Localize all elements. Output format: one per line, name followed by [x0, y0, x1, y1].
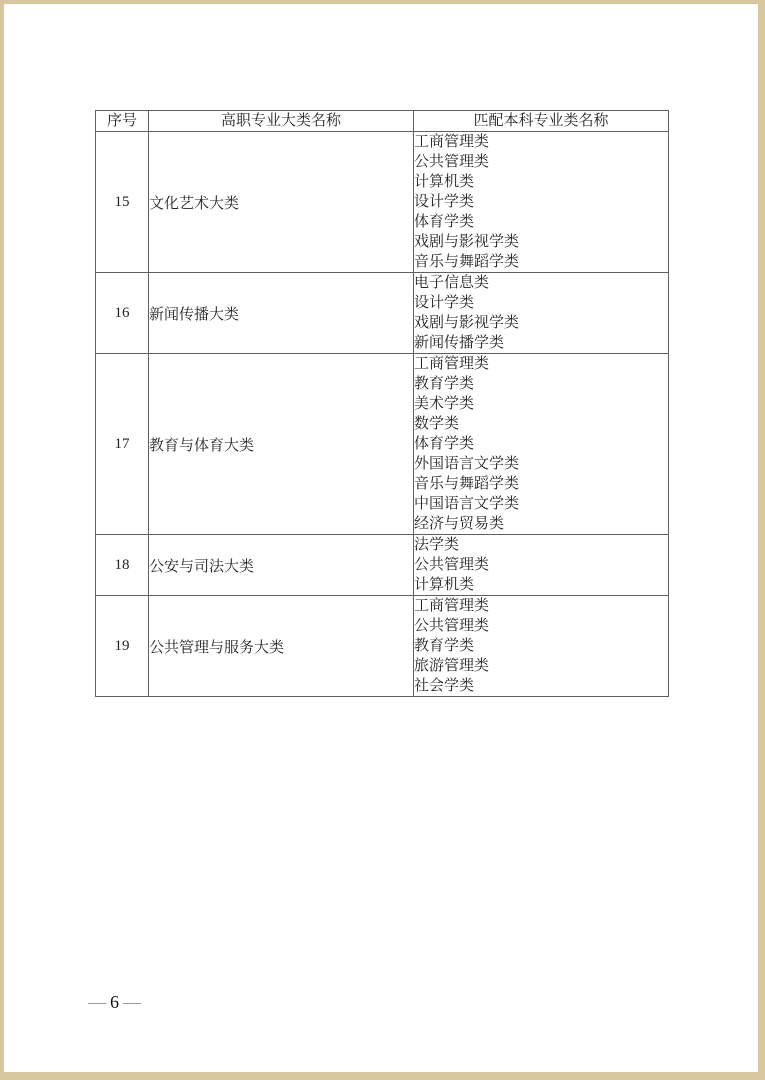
match-item: 经济与贸易类	[414, 514, 668, 534]
table-row: 17教育与体育大类工商管理类教育学类美术学类数学类体育学类外国语言文学类音乐与舞…	[96, 354, 669, 535]
match-item: 新闻传播学类	[414, 333, 668, 353]
undergrad-match-cell: 工商管理类公共管理类教育学类旅游管理类社会学类	[414, 596, 669, 697]
undergrad-match-cell: 工商管理类教育学类美术学类数学类体育学类外国语言文学类音乐与舞蹈学类中国语言文学…	[414, 354, 669, 535]
match-item: 工商管理类	[414, 354, 668, 374]
footer-page-number: 6	[110, 992, 119, 1013]
match-item: 公共管理类	[414, 616, 668, 636]
match-item: 音乐与舞蹈学类	[414, 252, 668, 272]
match-item: 体育学类	[414, 434, 668, 454]
match-item: 电子信息类	[414, 273, 668, 293]
table-row: 15文化艺术大类工商管理类公共管理类计算机类设计学类体育学类戏剧与影视学类音乐与…	[96, 132, 669, 273]
match-item: 社会学类	[414, 676, 668, 696]
column-header-vocational-category: 高职专业大类名称	[149, 111, 414, 132]
table-row: 18公安与司法大类法学类公共管理类计算机类	[96, 535, 669, 596]
match-item: 戏剧与影视学类	[414, 313, 668, 333]
match-item: 计算机类	[414, 172, 668, 192]
table-body: 15文化艺术大类工商管理类公共管理类计算机类设计学类体育学类戏剧与影视学类音乐与…	[96, 132, 669, 697]
undergrad-match-cell: 工商管理类公共管理类计算机类设计学类体育学类戏剧与影视学类音乐与舞蹈学类	[414, 132, 669, 273]
vocational-category-cell: 新闻传播大类	[149, 273, 414, 354]
undergrad-match-cell: 法学类公共管理类计算机类	[414, 535, 669, 596]
document-page: 序号 高职专业大类名称 匹配本科专业类名称 15文化艺术大类工商管理类公共管理类…	[4, 4, 758, 1072]
match-item: 数学类	[414, 414, 668, 434]
row-index-cell: 15	[96, 132, 149, 273]
match-item: 计算机类	[414, 575, 668, 595]
row-index-cell: 19	[96, 596, 149, 697]
match-item: 公共管理类	[414, 555, 668, 575]
match-item: 公共管理类	[414, 152, 668, 172]
footer-left-dash: —	[88, 992, 106, 1013]
match-item: 工商管理类	[414, 596, 668, 616]
table-header-row: 序号 高职专业大类名称 匹配本科专业类名称	[96, 111, 669, 132]
column-header-undergrad-match: 匹配本科专业类名称	[414, 111, 669, 132]
column-header-index: 序号	[96, 111, 149, 132]
vocational-category-cell: 教育与体育大类	[149, 354, 414, 535]
match-item: 法学类	[414, 535, 668, 555]
vocational-category-cell: 公共管理与服务大类	[149, 596, 414, 697]
footer-right-dash: —	[123, 992, 141, 1013]
match-item: 教育学类	[414, 374, 668, 394]
match-item: 工商管理类	[414, 132, 668, 152]
undergrad-match-cell: 电子信息类设计学类戏剧与影视学类新闻传播学类	[414, 273, 669, 354]
vocational-category-cell: 公安与司法大类	[149, 535, 414, 596]
vocational-category-cell: 文化艺术大类	[149, 132, 414, 273]
page-number: — 6 —	[88, 992, 141, 1013]
table-row: 19公共管理与服务大类工商管理类公共管理类教育学类旅游管理类社会学类	[96, 596, 669, 697]
match-item: 体育学类	[414, 212, 668, 232]
row-index-cell: 18	[96, 535, 149, 596]
match-item: 设计学类	[414, 192, 668, 212]
row-index-cell: 17	[96, 354, 149, 535]
match-item: 教育学类	[414, 636, 668, 656]
match-item: 戏剧与影视学类	[414, 232, 668, 252]
match-item: 设计学类	[414, 293, 668, 313]
table-row: 16新闻传播大类电子信息类设计学类戏剧与影视学类新闻传播学类	[96, 273, 669, 354]
match-item: 美术学类	[414, 394, 668, 414]
row-index-cell: 16	[96, 273, 149, 354]
major-mapping-table: 序号 高职专业大类名称 匹配本科专业类名称 15文化艺术大类工商管理类公共管理类…	[95, 110, 669, 697]
match-item: 外国语言文学类	[414, 454, 668, 474]
match-item: 音乐与舞蹈学类	[414, 474, 668, 494]
match-item: 旅游管理类	[414, 656, 668, 676]
match-item: 中国语言文学类	[414, 494, 668, 514]
